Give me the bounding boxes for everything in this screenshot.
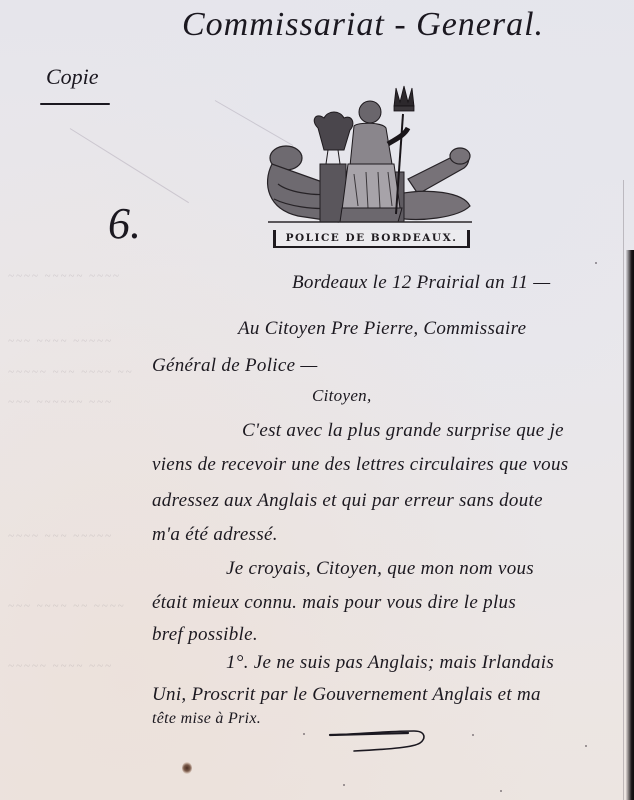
document-number: 6. <box>108 198 141 249</box>
body-line: était mieux connu. mais pour vous dire l… <box>152 592 516 614</box>
body-line: adressez aux Anglais et qui par erreur s… <box>152 490 543 512</box>
allegorical-figure-icon <box>258 84 480 234</box>
body-line: m'a été adressé. <box>152 524 278 546</box>
body-line: bref possible. <box>152 624 258 646</box>
copy-label-underline <box>40 103 110 105</box>
body-line: viens de recevoir une des lettres circul… <box>152 454 568 476</box>
body-line: Uni, Proscrit par le Gouvernement Anglai… <box>152 684 541 706</box>
letterhead-title: Commissariat - General. <box>182 6 544 44</box>
bleed-through-text: ~~~~ ~~~~~ ~~~~ <box>8 270 121 282</box>
paper-speck <box>595 262 597 264</box>
body-line: C'est avec la plus grande surprise que j… <box>242 420 564 442</box>
body-line: 1°. Je ne suis pas Anglais; mais Irlanda… <box>226 652 554 674</box>
paper-speck <box>585 745 587 747</box>
ink-stain <box>182 762 192 774</box>
paper-speck <box>343 784 345 786</box>
paper-speck <box>500 790 502 792</box>
closing-flourish-icon <box>328 725 428 755</box>
paper-speck <box>303 733 305 735</box>
paper-speck <box>472 734 474 736</box>
page-edge-shadow <box>626 250 634 800</box>
bleed-through-text: ~~~~ ~~~ ~~~~~ <box>8 530 113 542</box>
page-edge-line <box>623 180 624 800</box>
paper-speck <box>425 283 427 285</box>
emblem-caption: POLICE DE BORDEAUX. <box>273 230 470 248</box>
bleed-through-text: ~~~ ~~~~ ~~~~~ <box>8 335 113 347</box>
scanned-letter-page: ~~~~ ~~~~~ ~~~~ ~~~ ~~~~ ~~~~~ ~~~~~ ~~~… <box>0 0 634 800</box>
copy-label: Copie <box>46 64 99 90</box>
bleed-through-text: ~~~~~ ~~~ ~~~~ ~~ <box>8 366 134 378</box>
dateline: Bordeaux le 12 Prairial an 11 — <box>292 272 550 294</box>
body-line: tête mise à Prix. <box>152 710 261 728</box>
salutation: Citoyen, <box>312 386 372 406</box>
bleed-through-text: ~~~ ~~~~~~ ~~~ <box>8 396 113 408</box>
address-line: Général de Police — <box>152 355 318 377</box>
bleed-through-text: ~~~ ~~~~ ~~ ~~~~ <box>8 600 126 612</box>
address-line: Au Citoyen Pre Pierre, Commissaire <box>238 318 526 340</box>
police-bordeaux-emblem: POLICE DE BORDEAUX. <box>258 84 480 254</box>
paper-fold-line <box>70 128 189 203</box>
bleed-through-text: ~~~~~ ~~~~ ~~~ <box>8 660 113 672</box>
body-line: Je croyais, Citoyen, que mon nom vous <box>226 558 534 580</box>
